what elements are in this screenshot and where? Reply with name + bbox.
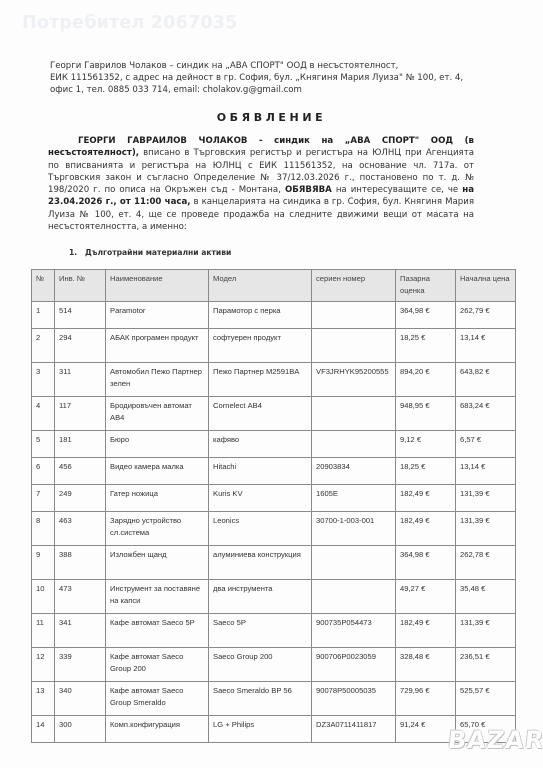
table-row: 11341Кафе автомат Saeco 5PSaeco 5P900735… [32, 614, 516, 648]
table-row: 12339Кафе автомат Saeco Group 200Saeco G… [32, 648, 516, 682]
cell-inv: 117 [55, 397, 106, 431]
table-row: 13340Кафе автомат Saeco Group SmeraldoSa… [32, 682, 516, 716]
cell-model: кафяво [209, 431, 312, 458]
cell-no: 14 [32, 716, 55, 743]
cell-model: Пежо Партнер M2591BA [209, 363, 312, 397]
cell-start-price: 236,51 € [456, 648, 516, 682]
table-row: 1514ParamotorПарамотор с перка364,98 €26… [32, 302, 516, 329]
cell-market-value: 91,24 € [396, 716, 456, 743]
cell-inv: 341 [55, 614, 106, 648]
table-row: 4117Бродировъчен автомат АВ4Cornelect АВ… [32, 397, 516, 431]
cell-start-price: 131,39 € [456, 614, 516, 648]
announcement-title: ОБЯВЛЕНИЕ [0, 111, 543, 124]
cell-name: Бродировъчен автомат АВ4 [106, 397, 209, 431]
body-text-part: на интересуващите се, че [332, 185, 462, 195]
cell-no: 13 [32, 682, 55, 716]
cell-market-value: 894,20 € [396, 363, 456, 397]
cell-name: Кафе автомат Saeco Group 200 [106, 648, 209, 682]
cell-market-value: 9,12 € [396, 431, 456, 458]
cell-name: Paramotor [106, 302, 209, 329]
cell-inv: 340 [55, 682, 106, 716]
cell-no: 12 [32, 648, 55, 682]
cell-inv: 294 [55, 329, 106, 363]
col-header-inv: Инв. № [55, 270, 106, 302]
cell-start-price: 131,39 € [456, 485, 516, 512]
cell-model: LG + Philips [209, 716, 312, 743]
table-row: 6456Видео камера малкаHitachi2090383418,… [32, 458, 516, 485]
section-heading: 1.Дълготрайни материални активи [69, 248, 231, 257]
cell-model: Saeco Smeraldo BP 56 [209, 682, 312, 716]
cell-start-price: 683,24 € [456, 397, 516, 431]
table-row: 2294АБАК програмен продуктсофтуерен прод… [32, 329, 516, 363]
cell-model: Saeco 5P [209, 614, 312, 648]
col-header-market-value: Пазарна оценка [396, 270, 456, 302]
user-watermark: Потребител 2067035 [22, 13, 237, 33]
cell-start-price: 643,82 € [456, 363, 516, 397]
cell-no: 8 [32, 512, 55, 546]
announcement-body: ГЕОРГИ ГАВРАИЛОВ ЧОЛАКОВ - синдик на „АВ… [48, 135, 474, 233]
cell-market-value: 182,49 € [396, 485, 456, 512]
cell-model: два инструмента [209, 580, 312, 614]
cell-no: 1 [32, 302, 55, 329]
cell-no: 3 [32, 363, 55, 397]
cell-market-value: 182,49 € [396, 512, 456, 546]
cell-no: 5 [32, 431, 55, 458]
section-number: 1. [69, 248, 85, 257]
cell-market-value: 364,98 € [396, 546, 456, 580]
cell-serial: 30700-1-003-001 [312, 512, 396, 546]
cell-market-value: 948,95 € [396, 397, 456, 431]
cell-model: софтуерен продукт [209, 329, 312, 363]
cell-no: 2 [32, 329, 55, 363]
cell-market-value: 364,98 € [396, 302, 456, 329]
cell-name: Комп.конфигурация [106, 716, 209, 743]
cell-name: Кафе автомат Saeco Group Smeraldo [106, 682, 209, 716]
cell-no: 10 [32, 580, 55, 614]
cell-no: 9 [32, 546, 55, 580]
cell-name: АБАК програмен продукт [106, 329, 209, 363]
cell-inv: 339 [55, 648, 106, 682]
cell-serial: 90078P50005035 [312, 682, 396, 716]
cell-serial [312, 580, 396, 614]
cell-inv: 473 [55, 580, 106, 614]
cell-inv: 388 [55, 546, 106, 580]
cell-market-value: 182,49 € [396, 614, 456, 648]
col-header-start-price: Начална цена [456, 270, 516, 302]
col-header-name: Наименование [106, 270, 209, 302]
cell-market-value: 49,27 € [396, 580, 456, 614]
cell-start-price: 35,48 € [456, 580, 516, 614]
cell-name: Бюро [106, 431, 209, 458]
cell-serial: 900706P0023059 [312, 648, 396, 682]
bazar-logo: BAZAR [447, 726, 543, 754]
cell-model: Saeco Group 200 [209, 648, 312, 682]
cell-serial: 900735P054473 [312, 614, 396, 648]
cell-inv: 311 [55, 363, 106, 397]
declares-word: ОБЯВЯВА [285, 185, 332, 195]
cell-model: Leonics [209, 512, 312, 546]
table-row: 10473Инструмент за поставяне на капсидва… [32, 580, 516, 614]
table-row: 7249Гатер ножицаKuris KV1605E182,49 €131… [32, 485, 516, 512]
assets-table: № Инв. № Наименование Модел сериен номер… [31, 269, 516, 743]
cell-serial: VF3JRHYK95200555 [312, 363, 396, 397]
header-line: Георги Гаврилов Чолаков – синдик на „АВА… [50, 60, 490, 72]
cell-name: Автомобил Пежо Партнер зелен [106, 363, 209, 397]
cell-name: Изложбен щанд [106, 546, 209, 580]
header-line: ЕИК 111561352, с адрес на дейност в гр. … [50, 72, 490, 84]
cell-inv: 300 [55, 716, 106, 743]
cell-start-price: 131,39 € [456, 512, 516, 546]
cell-serial [312, 329, 396, 363]
cell-start-price: 6,57 € [456, 431, 516, 458]
cell-market-value: 729,96 € [396, 682, 456, 716]
cell-no: 4 [32, 397, 55, 431]
cell-no: 6 [32, 458, 55, 485]
cell-no: 11 [32, 614, 55, 648]
table-row: 14300Комп.конфигурацияLG + PhilipsDZ3A07… [32, 716, 516, 743]
cell-serial: DZ3A0711411817 [312, 716, 396, 743]
header-line: офис 1, тел. 0885 033 714, email: cholak… [50, 84, 490, 96]
cell-inv: 249 [55, 485, 106, 512]
cell-serial: 20903834 [312, 458, 396, 485]
cell-serial [312, 302, 396, 329]
cell-model: Парамотор с перка [209, 302, 312, 329]
cell-name: Кафе автомат Saeco 5P [106, 614, 209, 648]
cell-serial [312, 397, 396, 431]
cell-market-value: 328,48 € [396, 648, 456, 682]
cell-start-price: 262,78 € [456, 546, 516, 580]
cell-serial: 1605E [312, 485, 396, 512]
cell-inv: 181 [55, 431, 106, 458]
table-row: 8463Зарядно устройство сл.системаLeonics… [32, 512, 516, 546]
trustee-contact-header: Георги Гаврилов Чолаков – синдик на „АВА… [50, 60, 490, 96]
section-title: Дълготрайни материални активи [85, 248, 231, 257]
table-row: 3311Автомобил Пежо Партнер зеленПежо Пар… [32, 363, 516, 397]
cell-name: Видео камера малка [106, 458, 209, 485]
col-header-no: № [32, 270, 55, 302]
cell-model: алуминиева конструкция [209, 546, 312, 580]
cell-name: Гатер ножица [106, 485, 209, 512]
cell-start-price: 13,14 € [456, 329, 516, 363]
cell-model: Cornelect АВ4 [209, 397, 312, 431]
table-row: 9388Изложбен щандалуминиева конструкция3… [32, 546, 516, 580]
cell-name: Зарядно устройство сл.система [106, 512, 209, 546]
cell-start-price: 525,57 € [456, 682, 516, 716]
table-row: 5181Бюрокафяво9,12 €6,57 € [32, 431, 516, 458]
cell-start-price: 262,79 € [456, 302, 516, 329]
cell-inv: 514 [55, 302, 106, 329]
cell-model: Hitachi [209, 458, 312, 485]
cell-serial [312, 431, 396, 458]
cell-model: Kuris KV [209, 485, 312, 512]
cell-inv: 456 [55, 458, 106, 485]
cell-serial [312, 546, 396, 580]
cell-name: Инструмент за поставяне на капси [106, 580, 209, 614]
cell-market-value: 18,25 € [396, 329, 456, 363]
cell-inv: 463 [55, 512, 106, 546]
cell-start-price: 13,14 € [456, 458, 516, 485]
table-header-row: № Инв. № Наименование Модел сериен номер… [32, 270, 516, 302]
cell-no: 7 [32, 485, 55, 512]
col-header-model: Модел [209, 270, 312, 302]
col-header-serial: сериен номер [312, 270, 396, 302]
cell-market-value: 18,25 € [396, 458, 456, 485]
